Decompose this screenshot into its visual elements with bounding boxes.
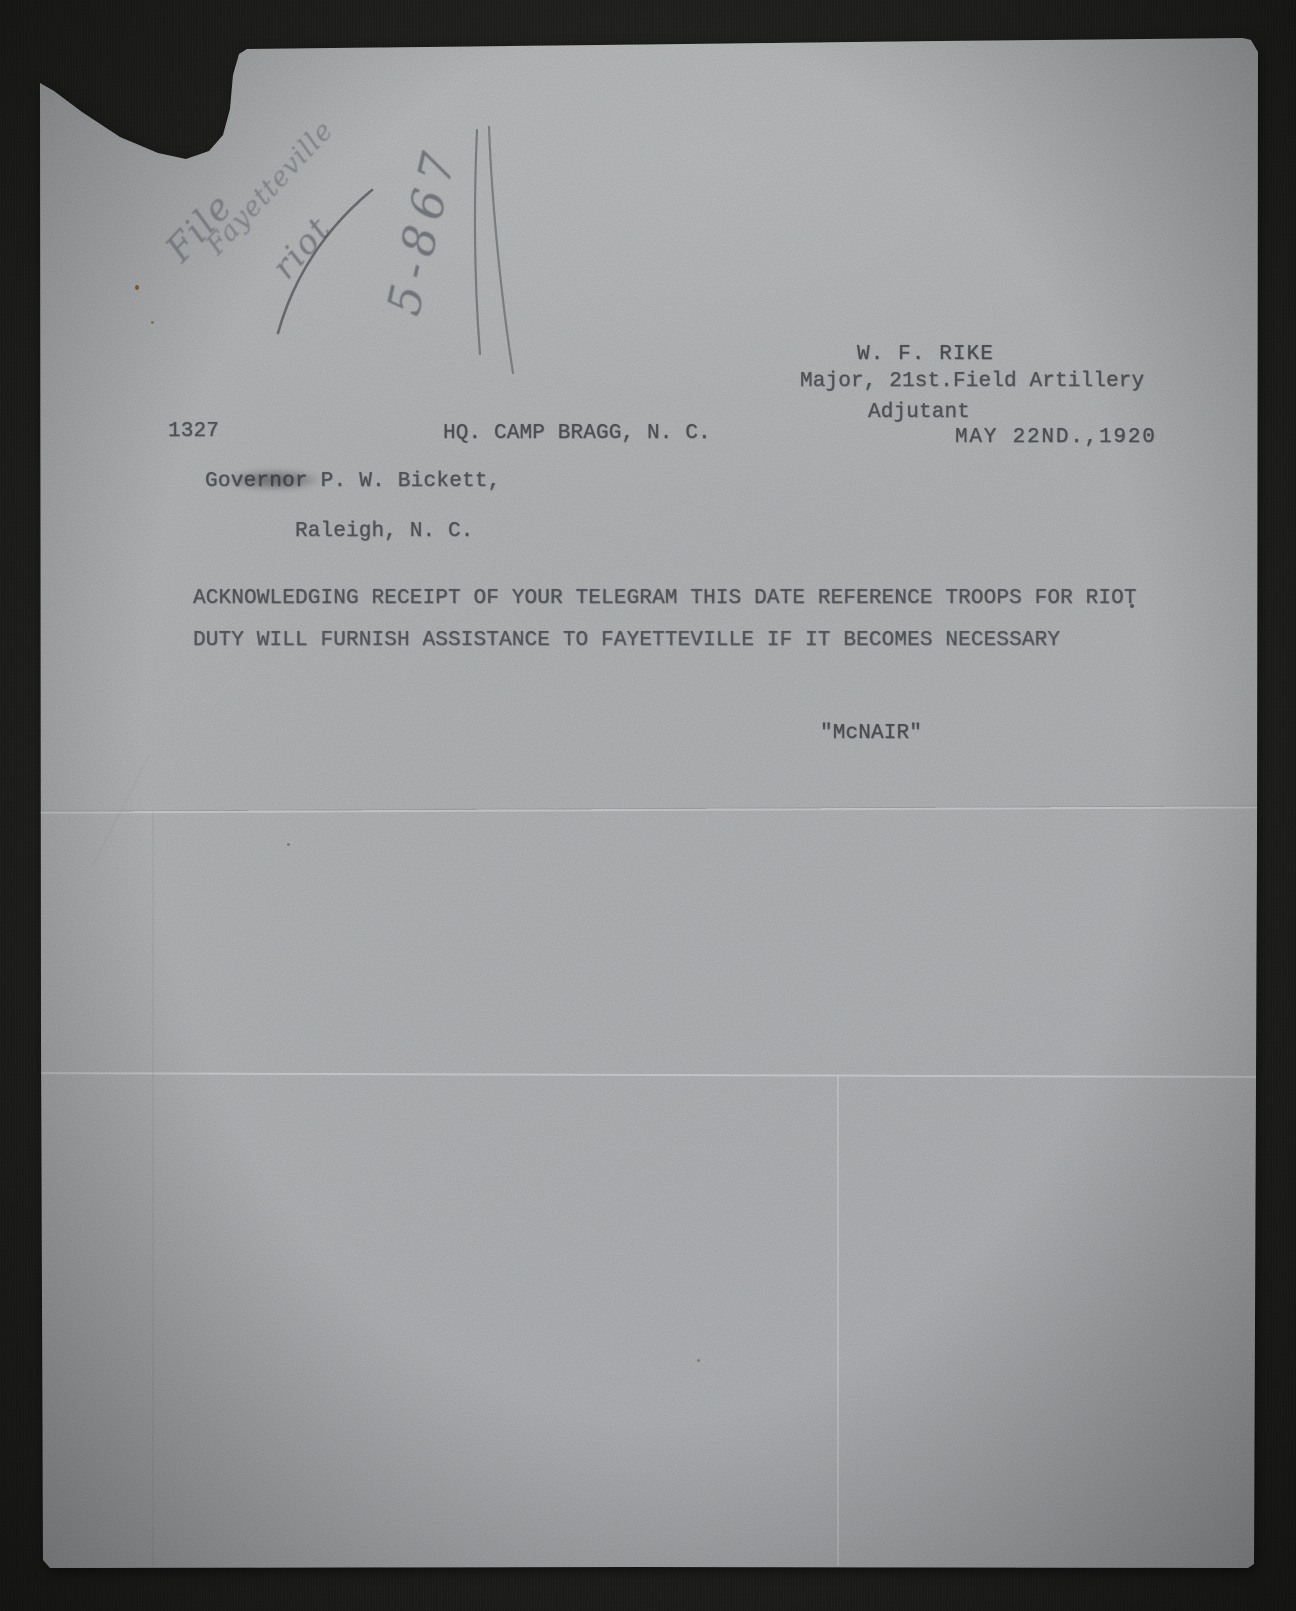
typed-recipient-city: Raleigh, N. C. [295,521,474,543]
typed-officer-title: Major, 21st.Field Artillery [800,371,1144,393]
typed-date: MAY 22ND.,1920 [955,427,1157,449]
telegram-paper: W. F. RIKE Major, 21st.Field Artillery A… [40,38,1258,1568]
typed-signature: "McNAIR" [820,723,922,745]
typed-recipient-name: Governor P. W. Bickett, [205,471,501,493]
typed-body-line-1: ACKNOWLEDGING RECEIPT OF YOUR TELEGRAM T… [193,588,1137,610]
typed-body-line-2: DUTY WILL FURNISH ASSISTANCE TO FAYETTEV… [193,630,1060,652]
typed-officer-name: W. F. RIKE [857,344,994,366]
typed-station-line: HQ. CAMP BRAGG, N. C. [443,423,711,445]
paper-grain-texture [40,38,1258,1568]
typed-officer-role: Adjutant [868,402,970,424]
typed-file-number: 1327 [168,421,219,443]
